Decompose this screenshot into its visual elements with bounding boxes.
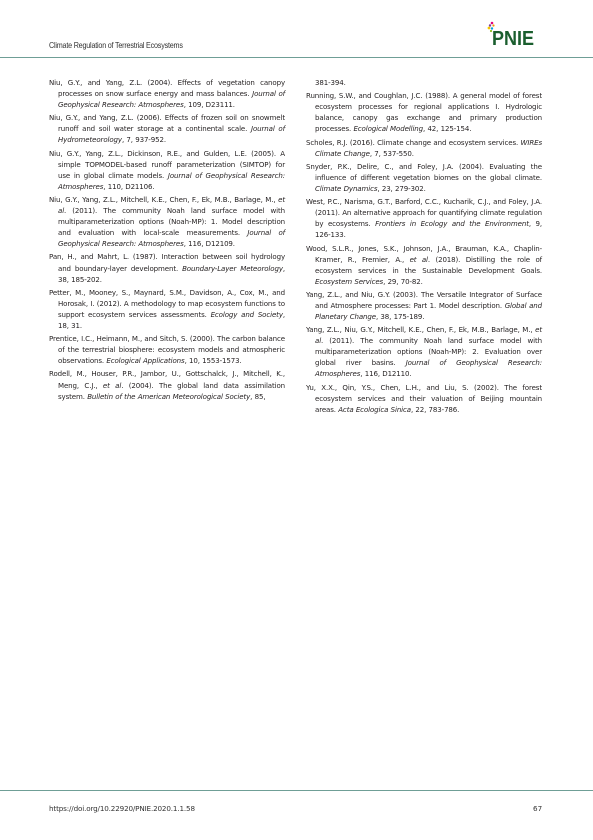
journal-name: Ecosystem Services <box>315 277 383 286</box>
reference-volume: , 10, 1553-1573. <box>185 356 242 365</box>
reference-volume: , 109, D23111. <box>184 100 235 109</box>
reference-item: Niu, G.Y., and Yang, Z.L. (2004). Effect… <box>49 77 285 110</box>
reference-continuation: 381-394. <box>306 77 542 88</box>
references-right-column: 381-394. Running, S.W., and Coughlan, J.… <box>306 77 542 417</box>
header-rule <box>0 57 593 58</box>
reference-item: Pan, H., and Mahrt, L. (1987). Interacti… <box>49 251 285 284</box>
journal-name: Boundary-Layer Meteorology <box>182 264 283 273</box>
reference-text: Scholes, R.J. (2016). Climate change and… <box>306 138 521 147</box>
reference-text: Niu, G.Y., Yang, Z.L., Mitchell, K.E., C… <box>49 195 278 204</box>
reference-volume: , 7, 537-550. <box>370 149 414 158</box>
reference-volume: , 22, 783-786. <box>411 405 459 414</box>
reference-item: Yang, Z.L., and Niu, G.Y. (2003). The Ve… <box>306 289 542 322</box>
references-left-column: Niu, G.Y., and Yang, Z.L. (2004). Effect… <box>49 77 285 404</box>
reference-text: Snyder, P.K., Delire, C., and Foley, J.A… <box>306 162 542 182</box>
page-number: 67 <box>533 804 542 813</box>
reference-item: West, P.C., Narisma, G.T., Barford, C.C.… <box>306 196 542 240</box>
reference-text: Niu, G.Y., and Yang, Z.L. (2006). Effect… <box>49 113 285 133</box>
running-title: Climate Regulation of Terrestrial Ecosys… <box>49 40 183 50</box>
reference-volume: , 7, 937-952. <box>122 135 166 144</box>
journal-name: Bulletin of the American Meteorological … <box>87 392 250 401</box>
reference-volume: , 116, D12110. <box>360 369 411 378</box>
reference-volume: , 23, 279-302. <box>377 184 425 193</box>
reference-volume: , 85, <box>250 392 265 401</box>
reference-item: Running, S.W., and Coughlan, J.C. (1988)… <box>306 90 542 134</box>
reference-text: Yang, Z.L., Niu, G.Y., Mitchell, K.E., C… <box>306 325 535 334</box>
journal-name: Frontiers in Ecology and the Environment <box>375 219 529 228</box>
reference-item: Snyder, P.K., Delire, C., and Foley, J.A… <box>306 161 542 194</box>
reference-item: Niu, G.Y., Yang, Z.L., Mitchell, K.E., C… <box>49 194 285 249</box>
reference-item: Yang, Z.L., Niu, G.Y., Mitchell, K.E., C… <box>306 324 542 379</box>
et-al: et al <box>410 255 428 264</box>
journal-name: Acta Ecologica Sinica <box>338 405 411 414</box>
doi-link[interactable]: https://doi.org/10.22920/PNIE.2020.1.1.5… <box>49 804 195 813</box>
reference-item: Scholes, R.J. (2016). Climate change and… <box>306 137 542 159</box>
reference-volume: , 110, D21106. <box>103 182 154 191</box>
reference-item: Rodell, M., Houser, P.R., Jambor, U., Go… <box>49 368 285 401</box>
reference-item: Petter, M., Mooney, S., Maynard, S.M., D… <box>49 287 285 331</box>
journal-name: Ecological Modelling <box>353 124 423 133</box>
footer-rule <box>0 790 593 791</box>
journal-name: Ecological Applications <box>106 356 184 365</box>
reference-volume: , 29, 70-82. <box>383 277 423 286</box>
et-al: et al <box>103 381 121 390</box>
journal-name: Ecology and Society <box>211 310 283 319</box>
reference-item: Yu, X.X., Qin, Y.S., Chen, L.H., and Liu… <box>306 382 542 415</box>
journal-logo: PNIE <box>481 19 551 57</box>
reference-volume: , 42, 125-154. <box>423 124 471 133</box>
reference-item: Niu, G.Y., and Yang, Z.L. (2006). Effect… <box>49 112 285 145</box>
reference-text: Niu, G.Y., and Yang, Z.L. (2004). Effect… <box>49 78 285 98</box>
reference-item: Niu, G.Y., Yang, Z.L., Dickinson, R.E., … <box>49 148 285 192</box>
reference-volume: , 38, 175-189. <box>376 312 424 321</box>
journal-name: Climate Dynamics <box>315 184 377 193</box>
logo-text: PNIE <box>492 28 534 51</box>
reference-item: Prentice, I.C., Heimann, M., and Sitch, … <box>49 333 285 366</box>
reference-item: Wood, S.L.R., Jones, S.K., Johnson, J.A.… <box>306 243 542 287</box>
reference-volume: , 116, D12109. <box>184 239 235 248</box>
